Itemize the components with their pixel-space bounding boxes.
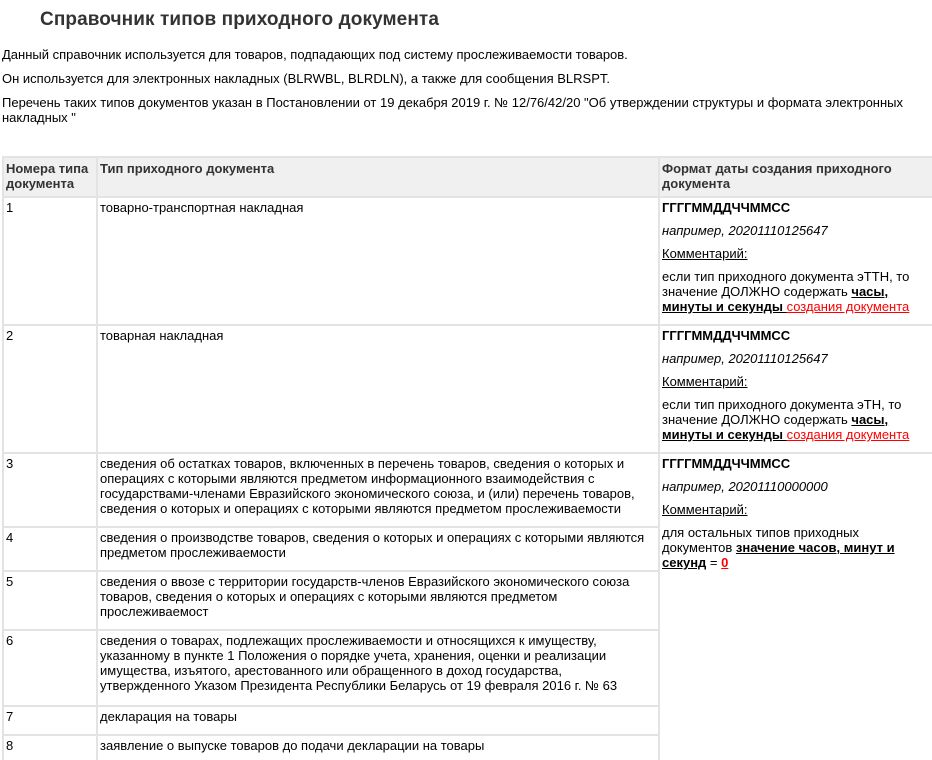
format-code: ГГГГММДДЧЧММСС: [662, 200, 930, 215]
comment-text: если тип приходного документа эТН, то зн…: [662, 397, 930, 442]
date-format-cell-others: ГГГГММДДЧЧММСС например, 20201110000000 …: [659, 453, 932, 760]
row-document-type: товарная накладная: [97, 325, 659, 453]
intro-paragraph-purpose: Данный справочник используется для товар…: [2, 47, 930, 62]
document-types-table: Номера типа документа Тип приходного док…: [2, 156, 932, 760]
row-number: 2: [3, 325, 97, 453]
header-document-type: Тип приходного документа: [97, 157, 659, 197]
format-code: ГГГГММДДЧЧММСС: [662, 456, 930, 471]
header-date-format: Формат даты создания приходного документ…: [659, 157, 932, 197]
row-number: 3: [3, 453, 97, 527]
row-number: 5: [3, 571, 97, 630]
comment-highlight: создания документа: [787, 299, 910, 314]
comment-text: если тип приходного документа эТТН, то з…: [662, 269, 930, 314]
format-example: например, 20201110000000: [662, 479, 930, 494]
row-number: 4: [3, 527, 97, 571]
format-code: ГГГГММДДЧЧММСС: [662, 328, 930, 343]
page-title: Справочник типов приходного документа: [40, 9, 439, 31]
comment-highlight: 0: [721, 555, 728, 570]
format-example: например, 20201110125647: [662, 223, 930, 238]
row-number: 6: [3, 630, 97, 706]
date-format-cell-etn: ГГГГММДДЧЧММСС например, 20201110125647 …: [659, 325, 932, 453]
table-row: 1 товарно-транспортная накладная ГГГГММД…: [3, 197, 932, 325]
table-row: 2 товарная накладная ГГГГММДДЧЧММСС напр…: [3, 325, 932, 453]
row-document-type: сведения об остатках товаров, включенных…: [97, 453, 659, 527]
row-number: 1: [3, 197, 97, 325]
row-document-type: сведения о ввозе с территории государств…: [97, 571, 659, 630]
row-document-type: заявление о выпуске товаров до подачи де…: [97, 735, 659, 760]
comment-label: Комментарий:: [662, 502, 930, 517]
comment-label: Комментарий:: [662, 246, 930, 261]
row-document-type: сведения о товарах, подлежащих прослежив…: [97, 630, 659, 706]
date-format-cell-ettn: ГГГГММДДЧЧММСС например, 20201110125647 …: [659, 197, 932, 325]
table-header-row: Номера типа документа Тип приходного док…: [3, 157, 932, 197]
row-document-type: сведения о производстве товаров, сведени…: [97, 527, 659, 571]
comment-label: Комментарий:: [662, 374, 930, 389]
comment-equals: =: [706, 555, 721, 570]
row-document-type: товарно-транспортная накладная: [97, 197, 659, 325]
comment-text: для остальных типов приходных документов…: [662, 525, 930, 570]
intro-paragraph-usage: Он используется для электронных накладны…: [2, 71, 930, 86]
row-number: 7: [3, 706, 97, 735]
format-example: например, 20201110125647: [662, 351, 930, 366]
comment-highlight: создания документа: [787, 427, 910, 442]
table-row: 3 сведения об остатках товаров, включенн…: [3, 453, 932, 527]
row-number: 8: [3, 735, 97, 760]
header-type-number: Номера типа документа: [3, 157, 97, 197]
row-document-type: декларация на товары: [97, 706, 659, 735]
intro-paragraph-regulation: Перечень таких типов документов указан в…: [2, 95, 930, 125]
